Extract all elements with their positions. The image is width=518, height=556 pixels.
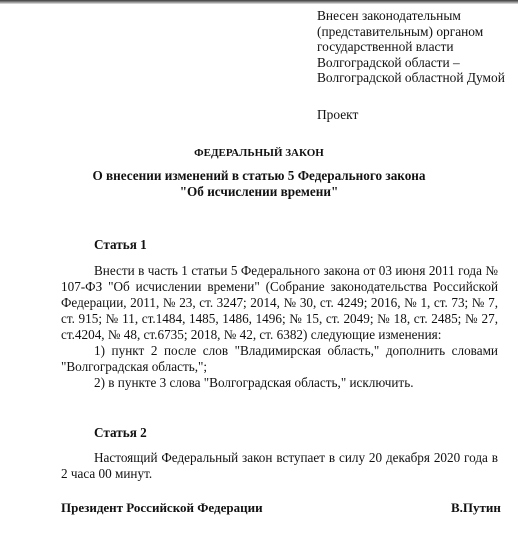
introduced-by-line: государственной власти — [317, 39, 505, 55]
article-1-item-1: 1) пункт 2 после слов "Владимирская обла… — [61, 343, 498, 375]
article-2-body: Настоящий Федеральный закон вступает в с… — [61, 450, 498, 482]
article-1-heading: Статья 1 — [94, 237, 147, 253]
article-1-item-2: 2) в пункте 3 слова "Волгоградская облас… — [61, 375, 498, 391]
article-2-heading: Статья 2 — [94, 425, 147, 441]
law-title: О внесении изменений в статью 5 Федераль… — [0, 168, 518, 199]
introduced-by-line: Волгоградской области – — [317, 55, 505, 71]
signatory-name: В.Путин — [451, 500, 501, 516]
introduced-by-line: Внесен законодательным — [317, 8, 505, 24]
law-title-line: "Об исчислении времени" — [0, 184, 518, 200]
article-2-text: Настоящий Федеральный закон вступает в с… — [61, 450, 498, 482]
introduced-by-line: (представительным) органом — [317, 24, 505, 40]
signatory-title: Президент Российской Федерации — [61, 500, 263, 516]
draft-status-label: Проект — [317, 107, 358, 123]
window-top-edge — [0, 0, 518, 4]
law-type-heading: ФЕДЕРАЛЬНЫЙ ЗАКОН — [0, 147, 518, 159]
article-1-body: Внести в часть 1 статьи 5 Федерального з… — [61, 263, 498, 391]
law-title-line: О внесении изменений в статью 5 Федераль… — [0, 168, 518, 184]
article-1-intro: Внести в часть 1 статьи 5 Федерального з… — [61, 263, 498, 343]
introduced-by-line: Волгоградской областной Думой — [317, 70, 505, 86]
introduced-by-block: Внесен законодательным (представительным… — [317, 8, 505, 86]
